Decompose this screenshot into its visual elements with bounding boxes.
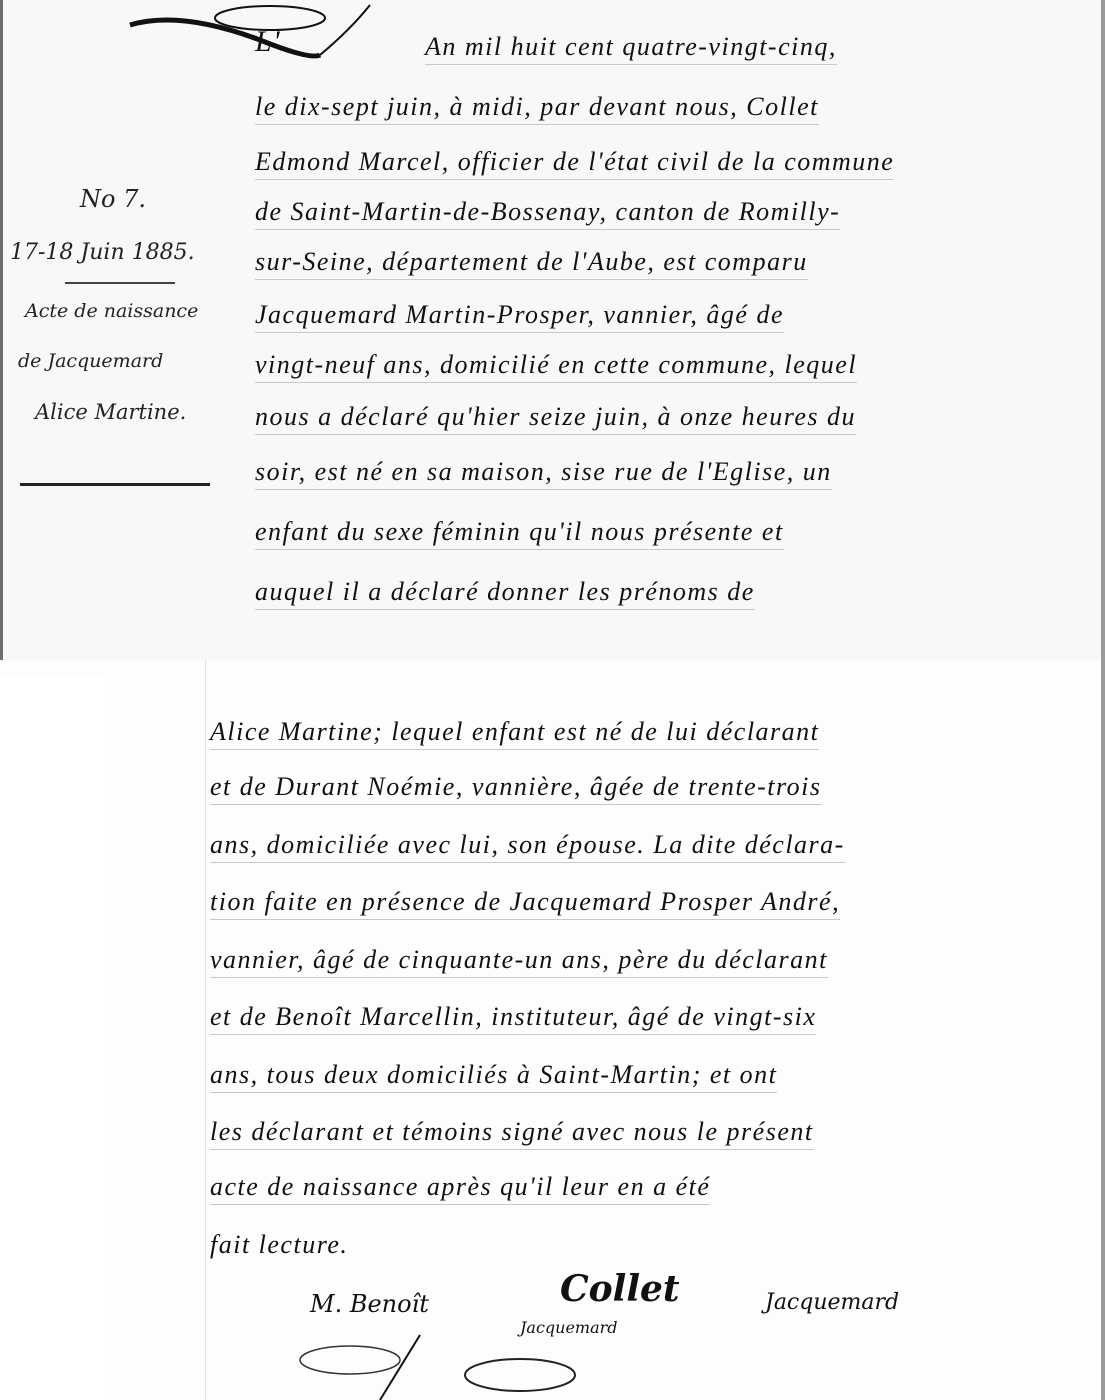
signature-benoit: M. Benoît [310, 1290, 429, 1318]
text-line: soir, est né en sa maison, sise rue de l… [255, 455, 832, 490]
signature-collet: Collet [560, 1268, 680, 1310]
margin-rule-line [205, 660, 206, 1400]
child-name: Alice Martine. [35, 400, 186, 424]
text-line: Alice Martine; lequel enfant est né de l… [210, 715, 819, 750]
signature-flourish-icon [290, 1330, 590, 1400]
text-line: de Saint-Martin-de-Bossenay, canton de R… [255, 195, 840, 230]
text-line: enfant du sexe féminin qu'il nous présen… [255, 515, 784, 550]
entry-date: 17-18 Juin 1885. [10, 240, 195, 265]
entry-title: Acte de naissance [25, 300, 198, 322]
text-line: auquel il a déclaré donner les prénoms d… [255, 575, 755, 610]
signature-jacquemard-declarant: Jacquemard [765, 1290, 899, 1315]
text-line: Jacquemard Martin-Prosper, vannier, âgé … [255, 298, 784, 333]
text-line: nous a déclaré qu'hier seize juin, à onz… [255, 400, 856, 435]
margin-divider [65, 282, 175, 284]
text-line: Edmond Marcel, officier de l'état civil … [255, 145, 894, 180]
text-line: sur-Seine, département de l'Aube, est co… [255, 245, 808, 280]
text-line: les déclarant et témoins signé avec nous… [210, 1115, 814, 1150]
page-edge [1101, 0, 1105, 1400]
text-line: acte de naissance après qu'il leur en a … [210, 1170, 710, 1205]
text-line: An mil huit cent quatre-vingt-cinq, [425, 30, 837, 65]
scan-blank-area [0, 675, 110, 1400]
margin-end-rule [20, 483, 210, 486]
text-line: et de Benoît Marcellin, instituteur, âgé… [210, 1000, 816, 1035]
text-line: tion faite en présence de Jacquemard Pro… [210, 885, 840, 920]
initial-letter: L' [255, 25, 281, 59]
text-line: ans, tous deux domiciliés à Saint-Martin… [210, 1058, 777, 1093]
text-line: et de Durant Noémie, vannière, âgée de t… [210, 770, 822, 805]
text-line: le dix-sept juin, à midi, par devant nou… [255, 90, 819, 125]
entry-subject: de Jacquemard [18, 350, 163, 372]
text-line: ans, domiciliée avec lui, son épouse. La… [210, 828, 845, 863]
text-line: vingt-neuf ans, domicilié en cette commu… [255, 348, 857, 383]
text-line: fait lecture. [210, 1228, 348, 1262]
entry-number: No 7. [80, 185, 146, 213]
text-line: vannier, âgé de cinquante-un ans, père d… [210, 943, 828, 978]
